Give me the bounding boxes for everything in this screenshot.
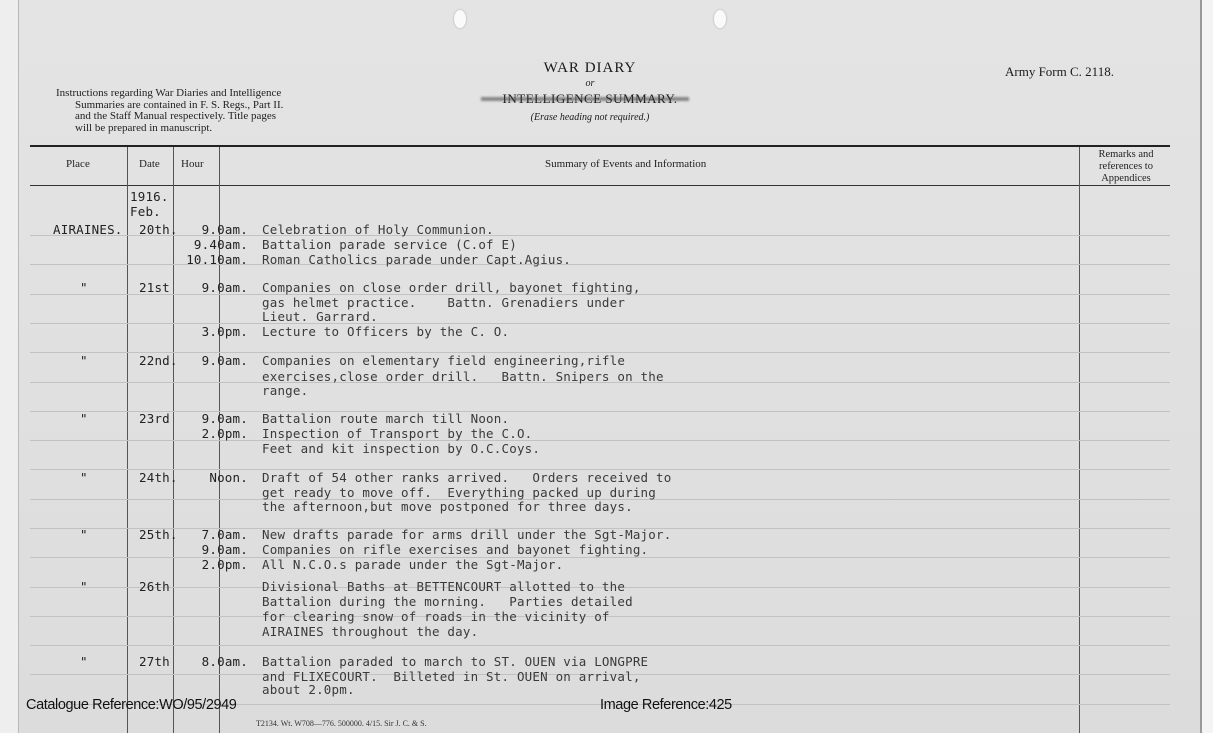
- diary-year: 1916.: [130, 189, 169, 204]
- instruction-line: and the Staff Manual respectively. Title…: [56, 111, 346, 123]
- entry-text: Divisional Baths at BETTENCOURT allotted…: [262, 579, 625, 594]
- entry-text: Feet and kit inspection by O.C.Coys.: [262, 441, 540, 456]
- diary-month: Feb.: [130, 204, 161, 219]
- remarks-header-line: references to: [1085, 161, 1167, 173]
- entry-date: 22nd.: [139, 353, 178, 368]
- punch-hole-icon: [454, 10, 466, 28]
- instruction-line: will be prepared in manuscript.: [56, 123, 346, 135]
- entry-text: Companies on close order drill, bayonet …: [262, 280, 641, 295]
- entry-date: 20th.: [139, 222, 178, 237]
- form-title-or: or: [440, 78, 740, 89]
- catalogue-reference: Catalogue Reference:WO/95/2949: [26, 697, 236, 713]
- entry-place: ": [80, 654, 88, 669]
- entry-text: Companies on rifle exercises and bayonet…: [262, 542, 648, 557]
- entry-text: about 2.0pm.: [262, 682, 355, 697]
- entry-text: Inspection of Transport by the C.O.: [262, 426, 532, 441]
- entry-text: New drafts parade for arms drill under t…: [262, 527, 671, 542]
- entry-date: 21st: [139, 280, 170, 295]
- column-header-hour: Hour: [181, 158, 204, 170]
- entry-place: ": [80, 411, 88, 426]
- entry-text: All N.C.O.s parade under the Sgt-Major.: [262, 557, 563, 572]
- header-rule-top: [30, 145, 1170, 147]
- column-header-remarks: Remarks and references to Appendices: [1085, 149, 1167, 185]
- entry-text: Battalion during the morning. Parties de…: [262, 594, 633, 609]
- entry-hour: Noon.: [209, 470, 248, 485]
- page-right-edge: [1200, 0, 1213, 733]
- entry-text: for clearing snow of roads in the vicini…: [262, 609, 610, 624]
- form-instructions: Instructions regarding War Diaries and I…: [56, 88, 346, 134]
- remarks-header-line: Remarks and: [1085, 149, 1167, 161]
- entry-text: exercises,close order drill. Battn. Snip…: [262, 369, 664, 384]
- entry-place: ": [80, 470, 88, 485]
- column-header-summary: Summary of Events and Information: [545, 158, 706, 170]
- entry-hour: 9.0am.: [202, 411, 248, 426]
- entry-text: Draft of 54 other ranks arrived. Orders …: [262, 470, 671, 485]
- entry-date: 27th: [139, 654, 170, 669]
- entry-place: ": [80, 527, 88, 542]
- entry-text: Battalion parade service (C.of E): [262, 237, 517, 252]
- entry-date: 23rd: [139, 411, 170, 426]
- entry-hour: 3.0pm.: [202, 324, 248, 339]
- entry-hour: 9.0am.: [202, 353, 248, 368]
- entry-date: 25th.: [139, 527, 178, 542]
- form-title: WAR DIARY: [440, 60, 740, 77]
- entry-hour: 9.0am.: [202, 280, 248, 295]
- entry-text: range.: [262, 383, 308, 398]
- ruled-line: [30, 645, 1170, 646]
- entry-text: Companies on elementary field engineerin…: [262, 353, 625, 368]
- column-header-date: Date: [139, 158, 160, 170]
- entry-text: Celebration of Holy Communion.: [262, 222, 494, 237]
- entry-place: ": [80, 579, 88, 594]
- entry-hour: 10.10am.: [186, 252, 248, 267]
- entry-text: the afternoon,but move postponed for thr…: [262, 499, 633, 514]
- entry-text: get ready to move off. Everything packed…: [262, 485, 656, 500]
- remarks-header-line: Appendices: [1085, 173, 1167, 185]
- page-left-edge: [0, 0, 19, 733]
- punch-hole-icon: [714, 10, 726, 28]
- entry-text: Lecture to Officers by the C. O.: [262, 324, 509, 339]
- image-reference: Image Reference:425: [600, 697, 732, 713]
- entry-date: 26th: [139, 579, 170, 594]
- entry-text: Battalion route march till Noon.: [262, 411, 509, 426]
- instruction-line: Instructions regarding War Diaries and I…: [56, 88, 346, 100]
- entry-hour: 8.0am.: [202, 654, 248, 669]
- entry-place: AIRAINES.: [53, 222, 123, 237]
- entry-place: ": [80, 353, 88, 368]
- form-print-line: T2134. Wt. W708—776. 500000. 4/15. Sir J…: [256, 719, 427, 728]
- struck-heading: INTELLIGENCE SUMMARY.: [503, 91, 678, 107]
- entry-hour: 2.0pm.: [202, 557, 248, 572]
- entry-hour: 9.40am.: [194, 237, 248, 252]
- form-title-block: WAR DIARY or INTELLIGENCE SUMMARY. (Eras…: [440, 60, 740, 123]
- entry-hour: 9.0am.: [202, 222, 248, 237]
- army-form-number: Army Form C. 2118.: [1005, 64, 1114, 80]
- entry-date: 24th.: [139, 470, 178, 485]
- entry-hour: 7.0am.: [202, 527, 248, 542]
- column-header-place: Place: [66, 158, 90, 170]
- entry-text: Roman Catholics parade under Capt.Agius.: [262, 252, 571, 267]
- entry-hour: 2.0pm.: [202, 426, 248, 441]
- header-rule-bottom: [30, 185, 1170, 186]
- entry-text: Lieut. Garrard.: [262, 309, 378, 324]
- entry-text: gas helmet practice. Battn. Grenadiers u…: [262, 295, 625, 310]
- form-title-note: (Erase heading not required.): [440, 112, 740, 123]
- entry-text: Battalion paraded to march to ST. OUEN v…: [262, 654, 648, 669]
- entry-hour: 9.0am.: [202, 542, 248, 557]
- entry-text: AIRAINES throughout the day.: [262, 624, 478, 639]
- entry-place: ": [80, 280, 88, 295]
